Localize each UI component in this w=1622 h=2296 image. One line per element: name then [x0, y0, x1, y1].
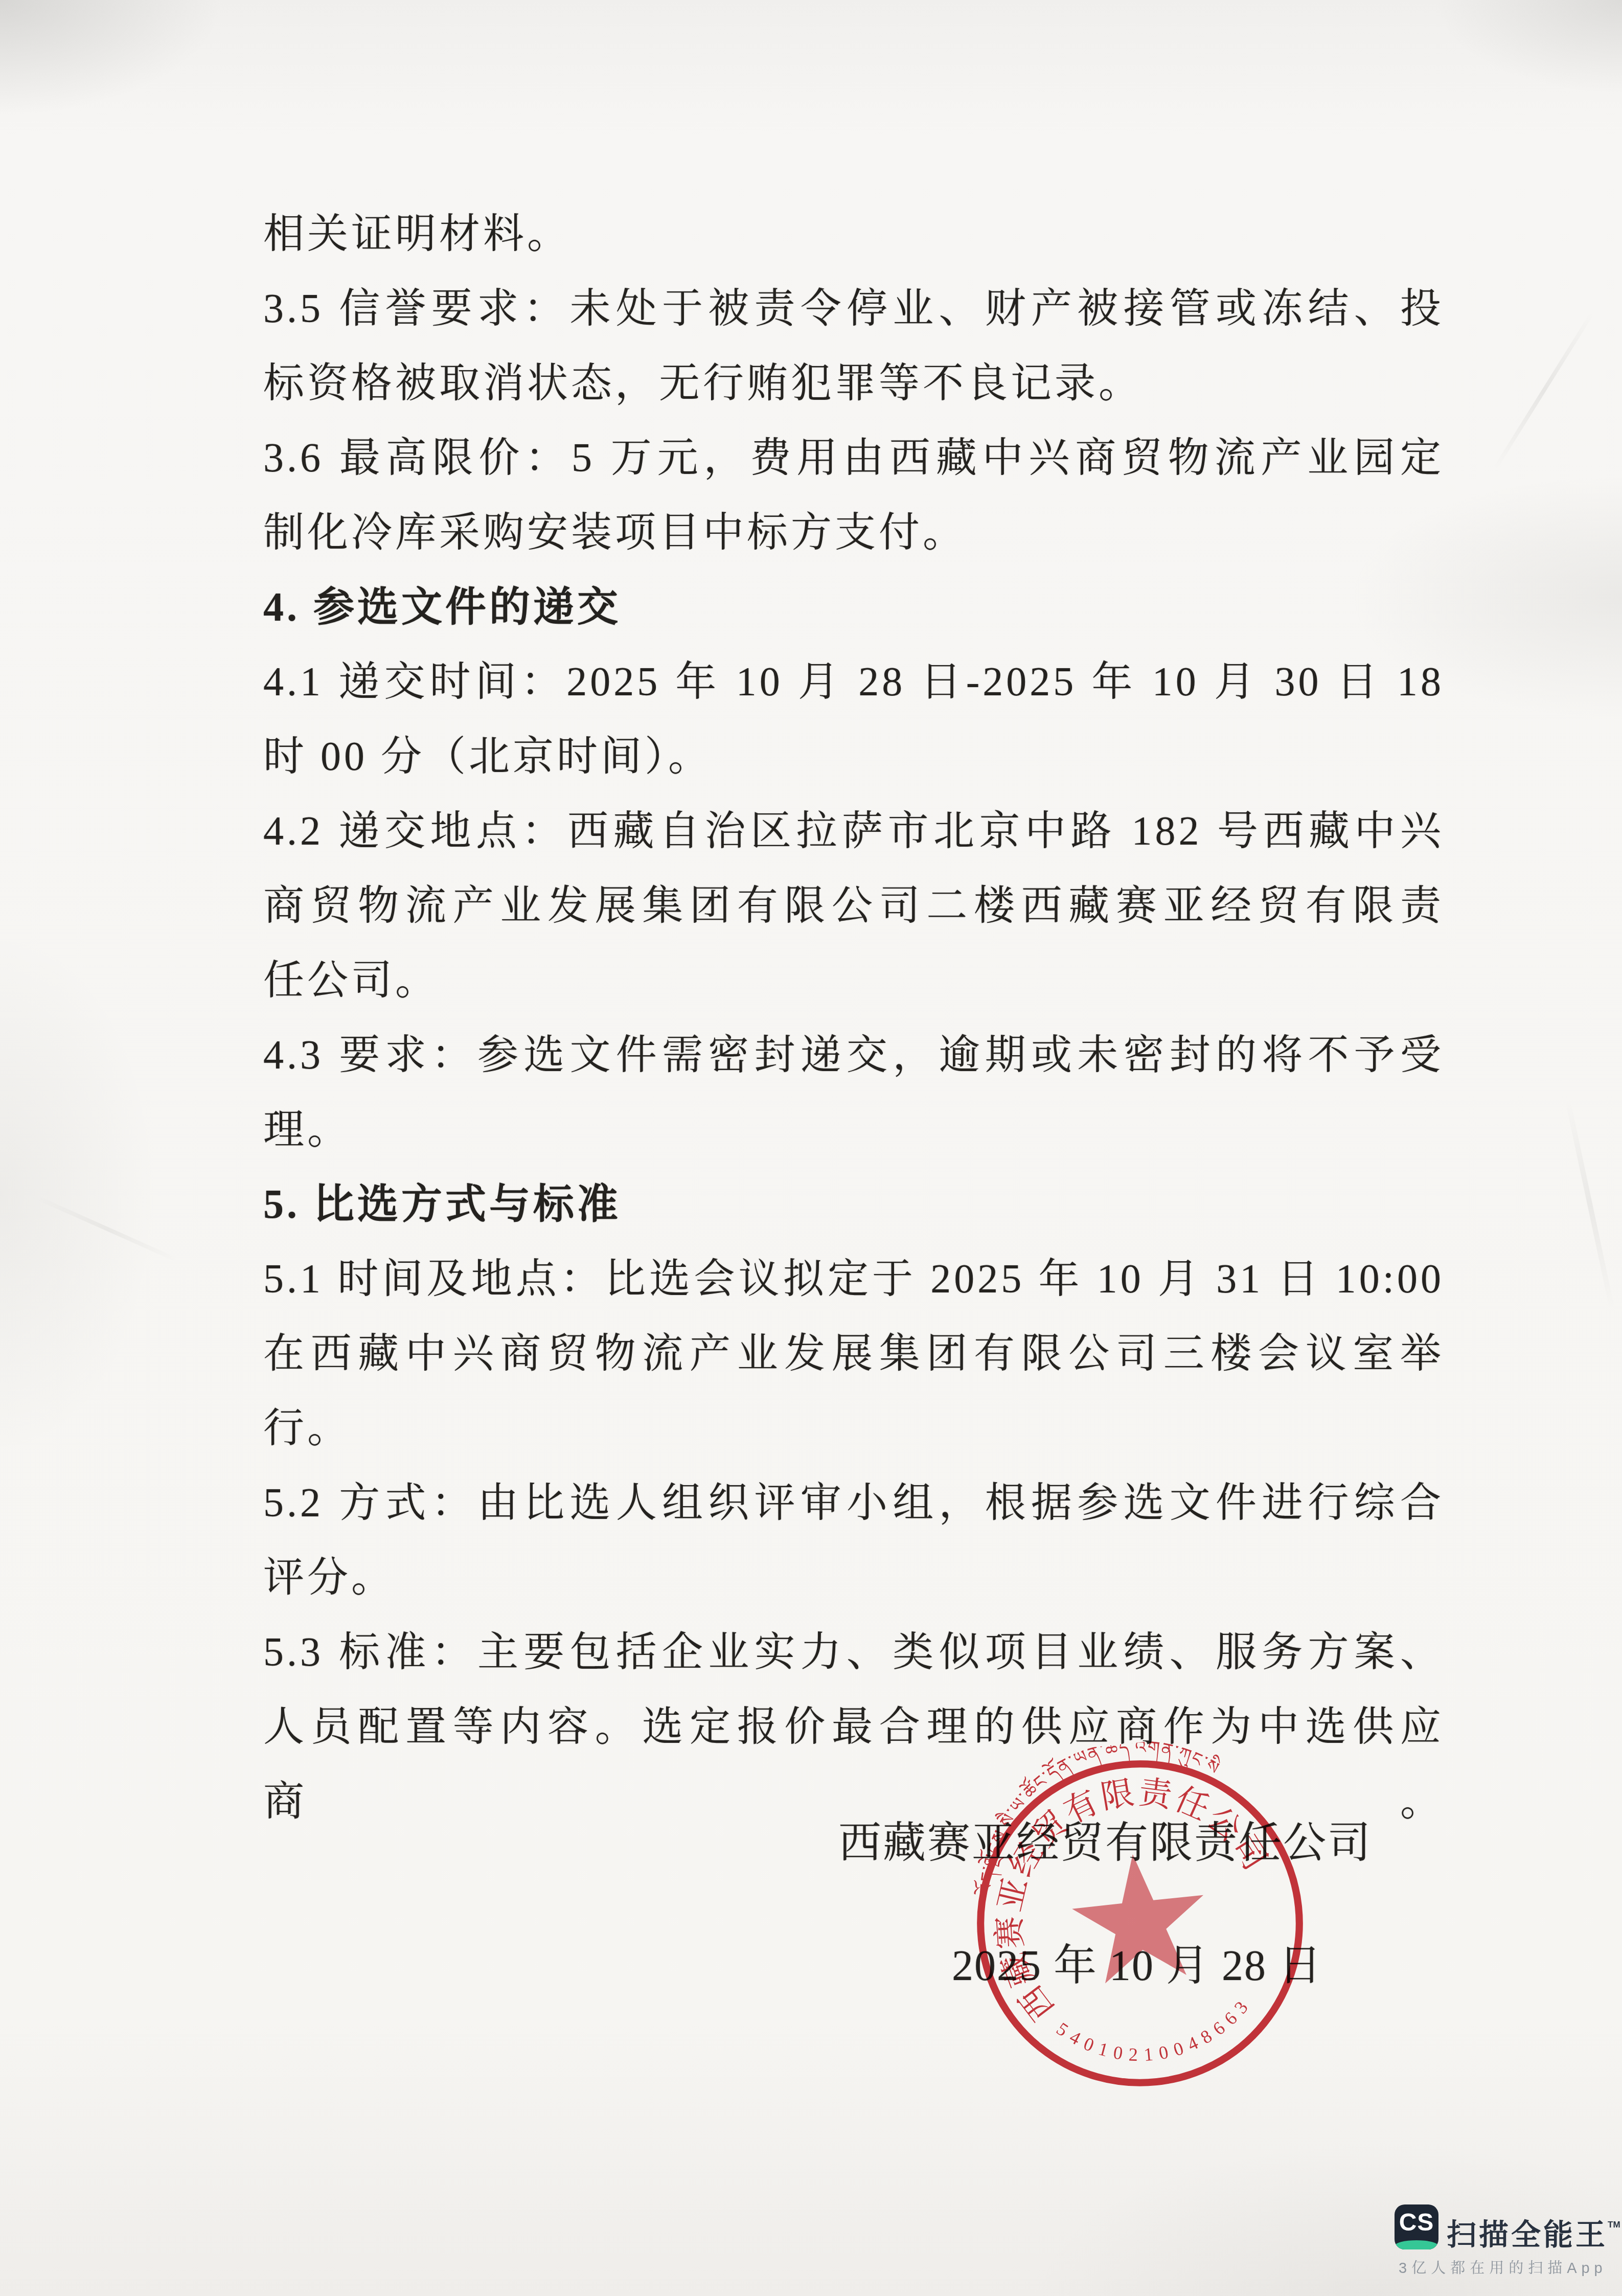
document-line: 时 00 分（北京时间）。 [263, 719, 1444, 794]
document-line: 理。 [263, 1093, 1444, 1167]
section-heading: 4. 参选文件的递交 [263, 570, 1444, 645]
section-heading: 5. 比选方式与标准 [263, 1167, 1444, 1242]
document-line: 评分。 [263, 1540, 1444, 1615]
paper-crease [36, 1196, 178, 1262]
camscanner-logo-accent [1395, 2240, 1438, 2249]
trademark-symbol: TM [1608, 2220, 1620, 2230]
company-seal-stamp: བོད་ལྗོངས་སཻ་ཡ་ཚོང་དོན་ཡན་ཚད་འགན་ཀུང་སི … [942, 1725, 1338, 2121]
document-line: 3.5 信誉要求：未处于被责令停业、财产被接管或冻结、投 [263, 271, 1444, 346]
document-line: 3.6 最高限价：5 万元，费用由西藏中兴商贸物流产业园定 [263, 421, 1444, 495]
document-line: 4.1 递交时间：2025 年 10 月 28 日-2025 年 10 月 30… [263, 645, 1444, 719]
document-line: 任公司。 [263, 943, 1444, 1018]
paper-crease [1493, 311, 1594, 470]
stamp-serial-number: 54010210048663 [1050, 1991, 1261, 2075]
document-line: 制化冷库采购安装项目中标方支付。 [263, 495, 1444, 570]
camscanner-app-name: 扫描全能王TM [1447, 2211, 1620, 2254]
camscanner-logo-icon: CS [1395, 2204, 1438, 2249]
document-body: 相关证明材料。3.5 信誉要求：未处于被责令停业、财产被接管或冻结、投标资格被取… [263, 197, 1444, 1839]
document-line: 5.3 标准：主要包括企业实力、类似项目业绩、服务方案、 [263, 1615, 1444, 1690]
star-icon [1067, 1847, 1212, 1986]
document-line: 行。 [263, 1391, 1444, 1466]
paper-crease [1565, 1099, 1614, 1310]
document-line: 5.1 时间及地点：比选会议拟定于 2025 年 10 月 31 日 10:00 [263, 1242, 1444, 1316]
app-name-text: 扫描全能王 [1447, 2218, 1608, 2252]
document-line: 商贸物流产业发展集团有限公司二楼西藏赛亚经贸有限责 [263, 869, 1444, 943]
document-line: 在西藏中兴商贸物流产业发展集团有限公司三楼会议室举 [263, 1316, 1444, 1391]
scanned-document-page: { "page": { "background_color": "#f6f5f2… [0, 0, 1622, 2296]
document-line: 4.3 要求：参选文件需密封递交，逾期或未密封的将不予受 [263, 1018, 1444, 1093]
camscanner-tagline: 3亿人都在用的扫描App [1399, 2257, 1607, 2278]
document-line: 4.2 递交地点：西藏自治区拉萨市北京中路 182 号西藏中兴 [263, 794, 1444, 869]
document-line: 标资格被取消状态，无行贿犯罪等不良记录。 [263, 346, 1444, 421]
camscanner-logo-text: CS [1395, 2207, 1438, 2239]
document-line: 5.2 方式：由比选人组织评审小组，根据参选文件进行综合 [263, 1466, 1444, 1540]
document-line: 相关证明材料。 [263, 197, 1444, 271]
